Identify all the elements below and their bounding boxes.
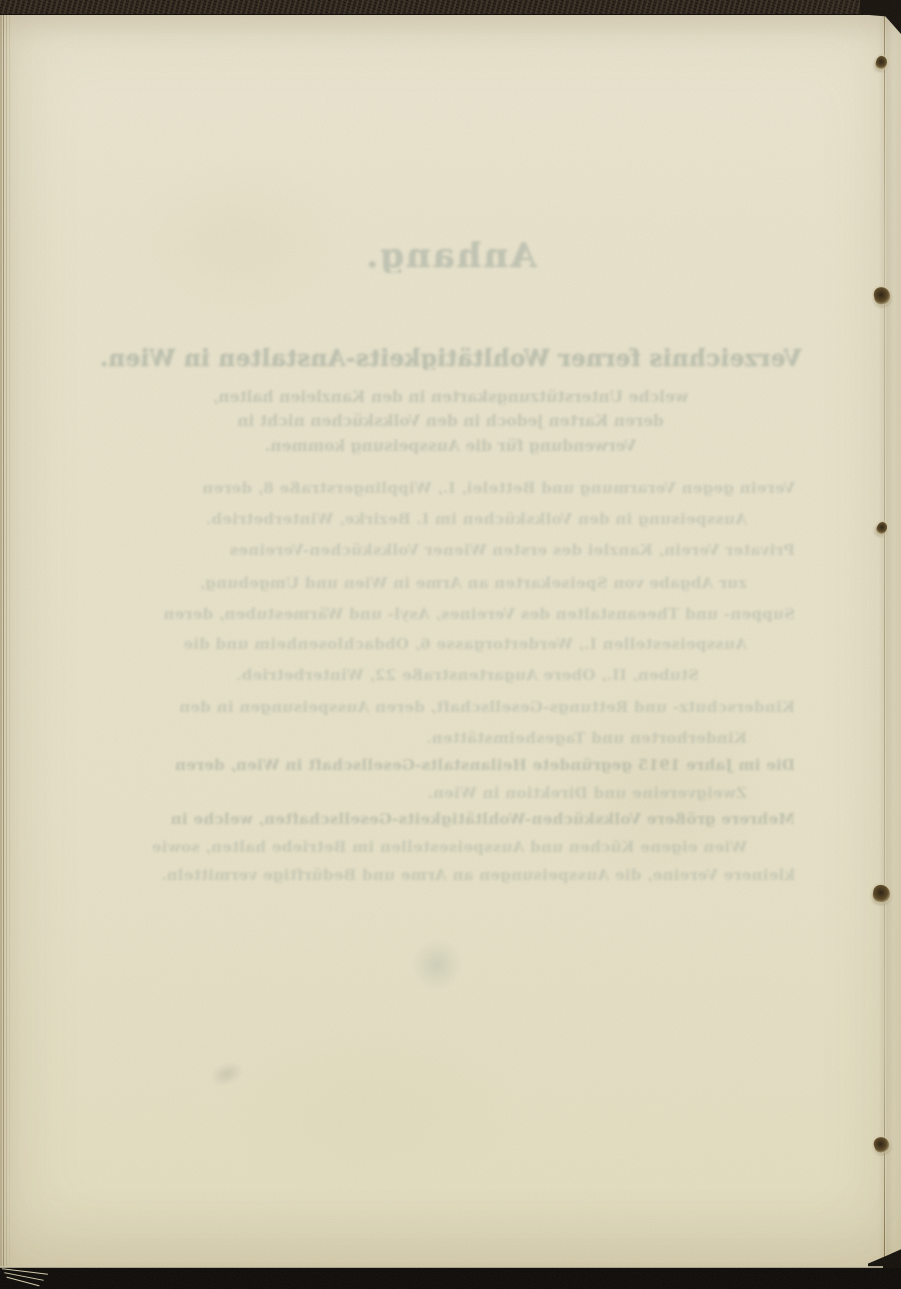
page-edge-line bbox=[9, 15, 10, 1267]
page-edge-fan bbox=[6, 1277, 39, 1287]
book-cover-edge bbox=[0, 0, 901, 15]
page-edge-fan bbox=[4, 1272, 43, 1281]
page-edge-fan bbox=[2, 1268, 48, 1275]
binding-shadow-strip bbox=[885, 15, 901, 1267]
page-edge-line bbox=[6, 15, 7, 1267]
page-bottom-edge bbox=[0, 1266, 883, 1268]
page-edge-line bbox=[3, 15, 4, 1267]
page-sheet bbox=[0, 15, 901, 1267]
page-edge-line bbox=[0, 15, 2, 1267]
book-scan: Anhang. Verzeichnis ferner Wohltätigkeit… bbox=[0, 0, 901, 1289]
binding-crease-line bbox=[884, 15, 885, 1267]
